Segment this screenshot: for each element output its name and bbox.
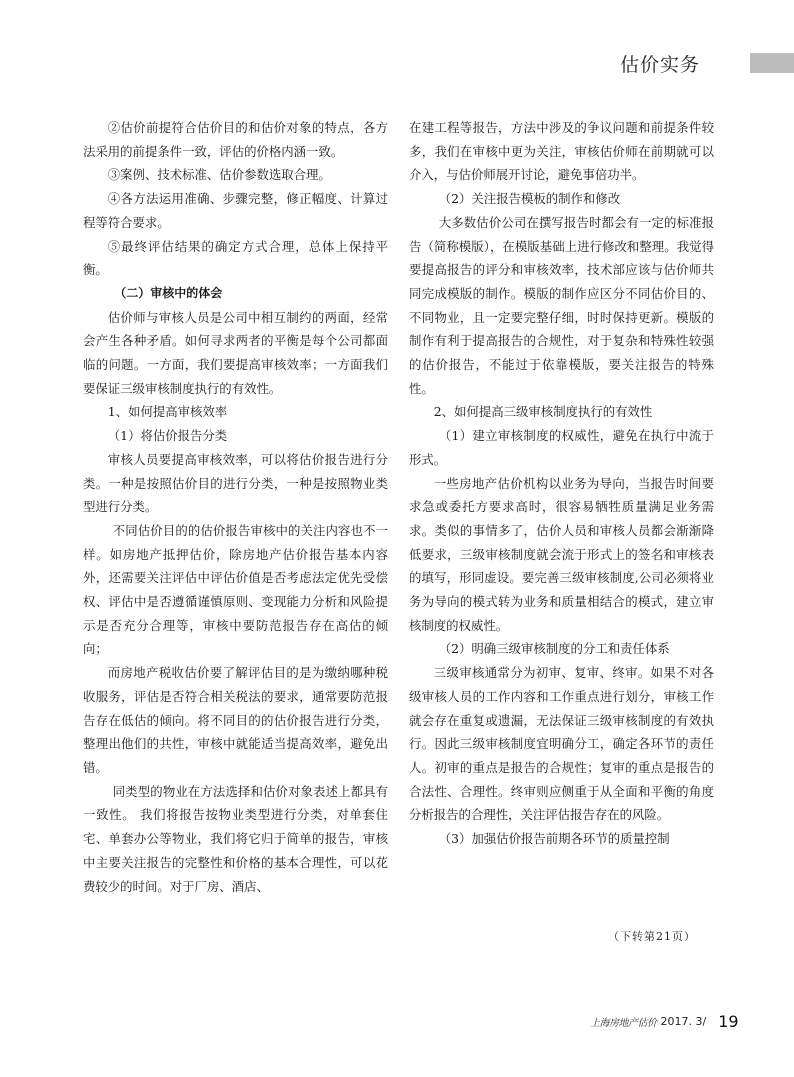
section-header-bar: [750, 53, 794, 73]
paragraph: 估价师与审核人员是公司中相互制约的两面，经常会产生各种矛盾。如何寻求两者的平衡是…: [83, 306, 388, 401]
page-footer: 上海房地产估价 2017. 3/ 19: [590, 1012, 739, 1031]
subheading: （1）将估价报告分类: [83, 424, 388, 448]
subheading: （2）明确三级审核制度的分工和责任体系: [409, 637, 714, 661]
paragraph: 同类型的物业在方法选择和估价对象表述上都具有一致性。 我们将报告按物业类型进行分…: [83, 780, 388, 899]
journal-logo: 上海房地产估价: [590, 1014, 657, 1029]
subheading: （2）关注报告模板的制作和修改: [409, 187, 714, 211]
paragraph: 三级审核通常分为初审、复审、终审。如果不对各级审核人员的工作内容和工作重点进行划…: [409, 661, 714, 827]
paragraph: 一些房地产估价机构以业务为导向，当报告时间要求急或委托方要求高时，很容易牺牲质量…: [409, 472, 714, 638]
paragraph: 不同估价目的的估价报告审核中的关注内容也不一样。如房地产抵押估价，除房地产估价报…: [83, 519, 388, 661]
continued-note: （下转第21页）: [608, 928, 696, 944]
subheading: （3）加强估价报告前期各环节的质量控制: [409, 827, 714, 851]
subheading: 1、如何提高审核效率: [83, 400, 388, 424]
paragraph: 而房地产税收估价要了解评估目的是为缴纳哪种税收服务，评估是否符合相关税法的要求，…: [83, 661, 388, 780]
paragraph: 在建工程等报告，方法中涉及的争议问题和前提条件较多，我们在审核中更为关注，审核估…: [409, 116, 714, 187]
paragraph: （1）建立审核制度的权威性，避免在执行中流于形式。: [409, 424, 714, 471]
paragraph: ③案例、技术标准、估价参数选取合理。: [83, 163, 388, 187]
issue-date: 2017. 3/: [661, 1015, 707, 1028]
paragraph: ②估价前提符合估价目的和估价对象的特点，各方法采用的前提条件一致，评估的价格内涵…: [83, 116, 388, 163]
paragraph: 审核人员要提高审核效率，可以将估价报告进行分类。一种是按照估价目的进行分类，一种…: [83, 448, 388, 519]
page-number: 19: [718, 1012, 738, 1031]
paragraph: ④各方法运用准确、步骤完整，修正幅度、计算过程等符合要求。: [83, 187, 388, 234]
section-heading: （二）审核中的体会: [83, 282, 388, 306]
left-column: ②估价前提符合估价目的和估价对象的特点，各方法采用的前提条件一致，评估的价格内涵…: [83, 116, 388, 898]
paragraph: 大多数估价公司在撰写报告时都会有一定的标准报告（简称模版），在模版基础上进行修改…: [409, 211, 714, 401]
right-column: 在建工程等报告，方法中涉及的争议问题和前提条件较多，我们在审核中更为关注，审核估…: [409, 116, 714, 851]
section-title: 估价实务: [620, 50, 700, 77]
section-header: 估价实务: [620, 50, 700, 76]
subheading: 2、如何提高三级审核制度执行的有效性: [409, 400, 714, 424]
paragraph: ⑤最终评估结果的确定方式合理，总体上保持平衡。: [83, 235, 388, 282]
